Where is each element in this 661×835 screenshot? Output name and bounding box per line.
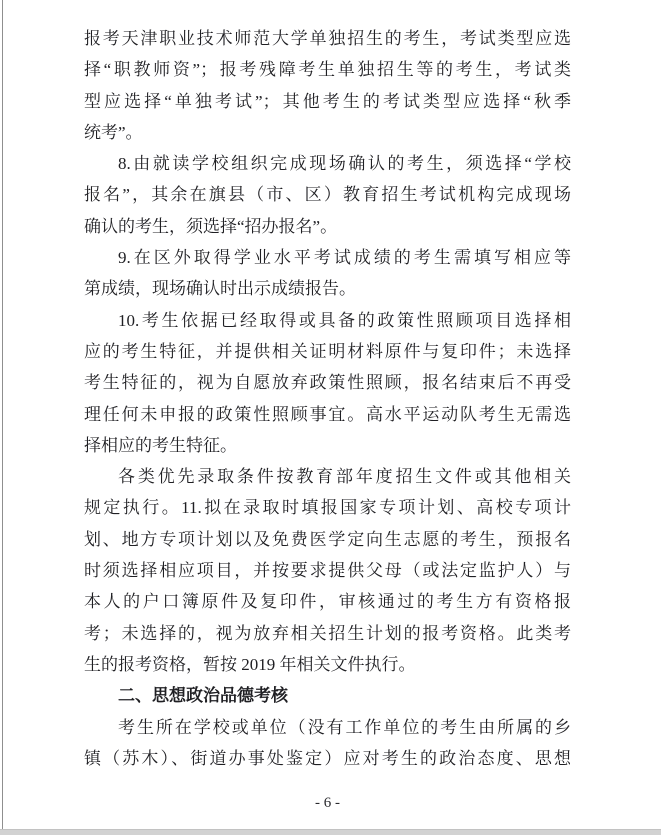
text-line: 时须选择相应项目，并按要求提供父母（或法定监护人）与 <box>84 555 571 586</box>
page-number: - 6 - <box>84 793 571 813</box>
document-text: 报考天津职业技术师范大学单独招生的考生，考试类型应选择“职教师资”；报考残障考生… <box>84 23 571 774</box>
text-line: 各类优先录取条件按教育部年度招生文件或其他相关 <box>84 461 571 492</box>
text-line: 报名”，其余在旗县（市、区）教育招生考试机构完成现场 <box>84 179 571 210</box>
text-line: 考生特征的，视为自愿放弃政策性照顾，报名结束后不再受 <box>84 367 571 398</box>
section-heading: 二、思想政治品德考核 <box>84 680 571 711</box>
text-line: 生的报考资格，暂按 2019 年相关文件执行。 <box>84 649 571 680</box>
text-line: 型应选择“单独考试”；其他考生的考试类型应选择“秋季 <box>84 86 571 117</box>
scan-edge-line <box>2 0 3 835</box>
text-line: 9.在区外取得学业水平考试成绩的考生需填写相应等 <box>84 242 571 273</box>
text-line: 规定执行。11.拟在录取时填报国家专项计划、高校专项计 <box>84 492 571 523</box>
text-line: 8.由就读学校组织完成现场确认的考生，须选择“学校 <box>84 148 571 179</box>
text-line: 镇（苏木）、街道办事处鉴定）应对考生的政治态度、思想 <box>84 743 571 774</box>
text-line: 划、地方专项计划以及免费医学定向生志愿的考生，预报名 <box>84 524 571 555</box>
text-line: 择“职教师资”；报考残障考生单独招生等的考生，考试类 <box>84 54 571 85</box>
text-line: 确认的考生，须选择“招办报名”。 <box>84 211 571 242</box>
text-line: 择相应的考生特征。 <box>84 430 571 461</box>
text-line: 第成绩，现场确认时出示成绩报告。 <box>84 273 571 304</box>
text-line: 理任何未申报的政策性照顾事宜。高水平运动队考生无需选 <box>84 399 571 430</box>
text-line: 本人的户口簿原件及复印件，审核通过的考生方有资格报 <box>84 586 571 617</box>
text-line: 统考”。 <box>84 117 571 148</box>
document-page: 报考天津职业技术师范大学单独招生的考生，考试类型应选择“职教师资”；报考残障考生… <box>0 0 661 835</box>
text-line: 10.考生依据已经取得或具备的政策性照顾项目选择相 <box>84 305 571 336</box>
text-line: 考生所在学校或单位（没有工作单位的考生由所属的乡 <box>84 712 571 743</box>
scan-bottom-band <box>0 829 661 835</box>
text-line: 报考天津职业技术师范大学单独招生的考生，考试类型应选 <box>84 23 571 54</box>
text-line: 应的考生特征，并提供相关证明材料原件与复印件；未选择 <box>84 336 571 367</box>
text-line: 考；未选择的，视为放弃相关招生计划的报考资格。此类考 <box>84 618 571 649</box>
